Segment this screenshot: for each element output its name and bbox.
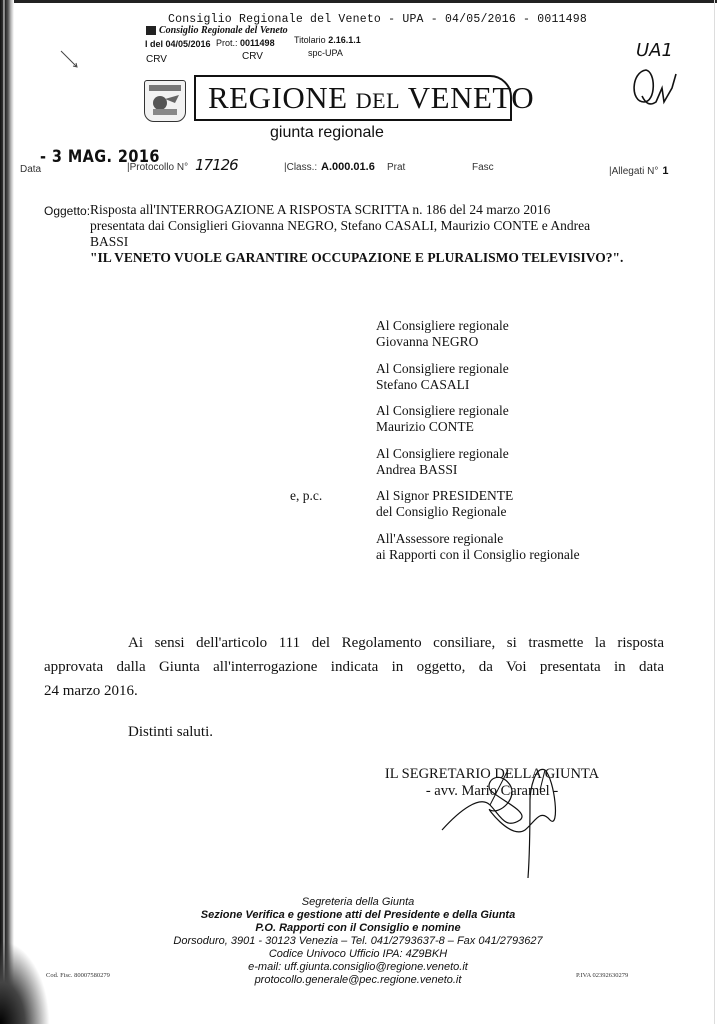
- stamp-titolario: Titolario 2.16.1.1: [294, 35, 361, 45]
- closing: Distinti saluti.: [128, 720, 213, 744]
- prat-label: Prat: [387, 162, 405, 173]
- stamp-org-name: Consiglio Regionale del Veneto: [159, 25, 288, 36]
- scan-edge-right: [714, 0, 715, 1024]
- council-logo-icon: [146, 26, 156, 35]
- recipient-name: Giovanna NEGRO: [376, 334, 509, 350]
- class-value: A.000.01.6: [321, 161, 375, 173]
- recipient-casali: Al Consigliere regionale Stefano CASALI: [376, 361, 509, 393]
- region-crest-logo: [144, 80, 186, 122]
- footer-email: e-mail: uff.giunta.consiglio@regione.ven…: [148, 961, 568, 974]
- stamp-prot: Prot.: 0011498: [216, 38, 275, 48]
- stamp-office: spc-UPA: [308, 48, 343, 58]
- subject-line-2: presentata dai Consiglieri Giovanna NEGR…: [90, 218, 610, 234]
- recipient-president: Al Signor PRESIDENTE del Consiglio Regio…: [376, 488, 513, 520]
- stamp-sender: CRV: [146, 54, 167, 65]
- scan-edge-left: [0, 0, 14, 1024]
- date-label: Data: [20, 164, 41, 175]
- region-logo-box: REGIONE DEL VENETO: [194, 75, 512, 121]
- pen-mark-icon: [58, 48, 82, 77]
- attachments: |Allegati N° 1: [609, 161, 669, 179]
- recipient-name: ai Rapporti con il Consiglio regionale: [376, 547, 580, 563]
- footer-tax-code: Cod. Fisc. 80007580279: [46, 972, 110, 979]
- recipient-assessore: All'Assessore regionale ai Rapporti con …: [376, 531, 580, 563]
- subject-line-3: BASSI: [90, 234, 610, 250]
- subject-block: Risposta all'INTERROGAZIONE A RISPOSTA S…: [90, 202, 610, 266]
- footer-unit: P.O. Rapporti con il Consiglio e nomine: [148, 922, 568, 935]
- recipient-role: Al Consigliere regionale: [376, 318, 509, 334]
- subject-label: Oggetto:: [44, 204, 90, 218]
- footer-section: Sezione Verifica e gestione atti del Pre…: [148, 909, 568, 922]
- recipient-name: del Consiglio Regionale: [376, 504, 513, 520]
- region-name-part3: VENETO: [408, 80, 534, 115]
- handwritten-signature: [430, 760, 590, 885]
- subject-title: "IL VENETO VUOLE GARANTIRE OCCUPAZIONE E…: [90, 250, 610, 266]
- region-name-part2: DEL: [356, 88, 400, 113]
- cc-label: e, p.c.: [290, 488, 322, 504]
- recipient-name: Andrea BASSI: [376, 462, 509, 478]
- body-line-1: Ai sensi dell'articolo 111 del Regolamen…: [44, 631, 664, 655]
- scan-edge-top: [0, 0, 717, 3]
- letterhead-subtitle: giunta regionale: [270, 124, 384, 142]
- handwritten-initials: [626, 62, 686, 117]
- recipient-role: Al Consigliere regionale: [376, 446, 509, 462]
- footer-pec: protocollo.generale@pec.regione.veneto.i…: [148, 974, 568, 987]
- subject-line-1: Risposta all'INTERROGAZIONE A RISPOSTA S…: [90, 202, 610, 218]
- footer-address: Dorsoduro, 3901 - 30123 Venezia – Tel. 0…: [148, 935, 568, 948]
- recipient-role: Al Consigliere regionale: [376, 403, 509, 419]
- recipient-name: Stefano CASALI: [376, 377, 509, 393]
- attachments-label: |Allegati N°: [609, 166, 658, 177]
- class-label: |Class.:: [284, 162, 317, 173]
- fasc-label: Fasc: [472, 162, 494, 173]
- scan-shadow-bottom-left: [0, 940, 50, 1024]
- recipient-name: Maurizio CONTE: [376, 419, 509, 435]
- footer-office: Segreteria della Giunta: [148, 896, 568, 909]
- stamp-titolario-label: Titolario: [294, 35, 326, 45]
- stamp-prot-number: 0011498: [240, 38, 275, 48]
- region-name: REGIONE DEL VENETO: [208, 80, 534, 116]
- recipient-role: Al Consigliere regionale: [376, 361, 509, 377]
- footer-ipa: Codice Univoco Ufficio IPA: 4Z9BKH: [148, 948, 568, 961]
- stamp-prot-label: Prot.:: [216, 38, 238, 48]
- handwritten-protocol-number: 17126: [195, 156, 238, 174]
- recipient-negro: Al Consigliere regionale Giovanna NEGRO: [376, 318, 509, 350]
- recipient-conte: Al Consigliere regionale Maurizio CONTE: [376, 403, 509, 435]
- recipient-bassi: Al Consigliere regionale Andrea BASSI: [376, 446, 509, 478]
- body-line-2: approvata dalla Giunta all'interrogazion…: [44, 655, 664, 679]
- stamp-receiver: CRV: [242, 51, 263, 62]
- attachments-value: 1: [662, 165, 668, 177]
- body-line-3: 24 marzo 2016.: [44, 679, 664, 703]
- region-name-part1: REGIONE: [208, 80, 348, 115]
- stamp-org: Consiglio Regionale del Veneto: [146, 25, 288, 36]
- recipient-role: Al Signor PRESIDENTE: [376, 488, 513, 504]
- body-paragraph: Ai sensi dell'articolo 111 del Regolamen…: [44, 631, 664, 703]
- footer: Segreteria della Giunta Sezione Verifica…: [148, 896, 568, 987]
- protocol-label: |Protocollo N°: [127, 162, 188, 173]
- recipient-role: All'Assessore regionale: [376, 531, 580, 547]
- stamp-registry-date: I del 04/05/2016: [145, 39, 211, 49]
- footer-vat: P.IVA 02392630279: [576, 972, 628, 979]
- stamp-titolario-value: 2.16.1.1: [328, 35, 361, 45]
- handwritten-note-ua1: UA1: [636, 40, 673, 61]
